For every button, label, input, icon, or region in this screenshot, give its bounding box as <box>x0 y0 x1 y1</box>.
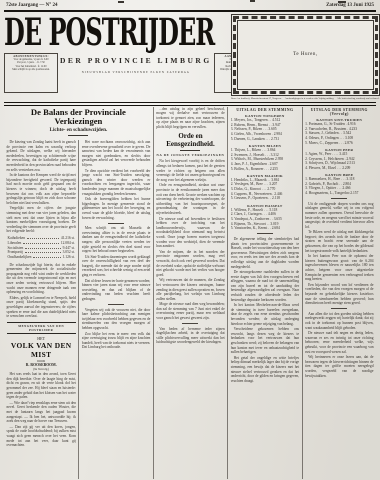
vote-results-table: Katholieken41.216 st. Liberalen12.084 st… <box>8 236 75 260</box>
paragraph: Moge de nieuwe raad dien weg bewandelen;… <box>156 302 224 320</box>
feuilleton-title: VOLK VAN DEN MIST <box>7 341 76 359</box>
paragraph: In het kanton Mechelen-aan-de-Maas werd … <box>231 303 299 326</box>
article-title: Orde en Eensgezindheid. <box>156 132 224 148</box>
section-rule <box>108 223 124 224</box>
result-line: 4. Hoogmartens, L., Tongerloo 2.157 <box>305 191 373 196</box>
result-line: 4. Plessers, M., Eksel . . . 2.209 <box>305 166 373 171</box>
column-4: UITSLAG DER STEMMING KANTON TONGEREN 1. … <box>227 107 301 479</box>
paragraph: — Dan zijt gij ver uit den koers, jongen… <box>7 425 76 448</box>
feuilleton-note: (9e Vervolg.) <box>7 367 76 371</box>
lead-article-subtitle: Lichte- en schaduwzijden. <box>10 127 147 133</box>
bureau-note: Bureel en drukkerij: Maastrichterstraat … <box>231 97 282 100</box>
paragraph: Aan allen die tot den goeden uitslag heb… <box>305 312 373 330</box>
result-line: 5. Geusens, P., Opoeteren . . 2.118 <box>231 196 299 201</box>
section-rule <box>182 323 198 324</box>
issue-line: 72ste Jaargang — N° 24 Zaterdag 13 Juni … <box>4 2 376 8</box>
paragraph: In het kanton Peer was de opkomst der ki… <box>305 254 373 282</box>
paragraph: Vergeten wij ook de vrouwen niet, die do… <box>82 308 150 331</box>
paragraph: Te Bilzen werd de uitslag met klokkengel… <box>305 230 373 253</box>
ad-frame: Te Huren, <box>231 14 380 96</box>
section-rule <box>331 198 347 199</box>
paragraph: Te dien opzichte verdient het voorbeeld … <box>82 169 150 197</box>
issue-date: Zaterdag 13 Juni 1925 <box>326 3 374 8</box>
section-rule <box>331 308 347 309</box>
paragraph: De nieuwe raad telt negen en dertig lede… <box>305 331 373 354</box>
result-line: 5. Moers, C., Zepperen . . . 2.876 <box>305 141 373 146</box>
issue-number: 72ste Jaargang — N° 24 <box>6 3 57 8</box>
paragraph: Het getal der ongeldige en witte briefje… <box>231 356 299 384</box>
bureau-notes: Bureel en drukkerij: Maastrichterstraat … <box>231 97 380 100</box>
masthead-left: DE POSTRIJDER ABONNEMENTSPRIJS: Voor de … <box>4 14 228 100</box>
paragraph: Een bijzonder woord van lof verdienen de… <box>305 283 373 306</box>
paragraph: Dat al deze lessen ter harte genomen wor… <box>82 279 150 302</box>
paragraph: — Wie daar? riep eensklaps eene stem uit… <box>7 401 76 424</box>
paragraph: Orde en eensgezindheid, ziedaar wat onze… <box>156 183 224 215</box>
paragraph: Van de mijnen, die in het noorden der pr… <box>156 250 224 278</box>
table-row: Onafhankelijken1.126 st. <box>8 255 75 260</box>
paragraph: De nieuwe raad zal bovendien te beslisse… <box>156 217 224 249</box>
paper-tagline: NIEUWSBLAD VERSCHIJNENDE ELKEN ZATERDAG <box>60 70 212 74</box>
paragraph: Uit Sint-Truiden daarentegen wordt gekla… <box>82 255 150 278</box>
paper-title: DE POSTRIJDER <box>4 14 228 51</box>
lead-article-title: De Balans der Provinciale Verkiezingen <box>10 108 147 126</box>
header-divider <box>4 102 376 106</box>
scan-artifact <box>338 1 346 3</box>
article-columns: De Balans der Provinciale Verkiezingen L… <box>4 107 376 479</box>
dotted-leader <box>33 257 60 258</box>
masthead-right: Te Huren, Bureel en drukkerij: Maastrich… <box>231 14 380 100</box>
dotted-leader <box>25 248 60 249</box>
vote-count: 1.126 st. <box>63 255 75 260</box>
paragraph: De nieuwgekozene raadsleden zullen in de… <box>231 270 299 302</box>
subscription-line: Men schrijft in op alle postbureelen. <box>6 68 56 71</box>
paragraph: De algemeene telling der stembriefjes ha… <box>231 237 299 269</box>
masthead-subrow: ABONNEMENTSPRIJS: Voor de gemeente, 's j… <box>4 53 228 93</box>
feuilleton: MENGELWERK VAN DEN POSTRIJDER HET VOLK V… <box>7 322 76 448</box>
paragraph: Uit de omliggende dorpen worden ons nog … <box>305 202 373 230</box>
bureau-note: Aankondigingen in te zenden vóór Vrijdag… <box>285 97 334 100</box>
scan-artifact <box>250 0 255 2</box>
result-line: 5. Vanstraelen, K., Kermt . . 2.684 <box>231 226 299 231</box>
paragraph: De kiezing van Zondag laatst heeft in ga… <box>7 140 76 172</box>
paragraph: Nu het kiesgewoel voorbij is en de drift… <box>156 159 224 182</box>
result-line: 5. Bollen, A., Rosmeer . . . 2.255 <box>231 167 299 172</box>
subscription-box: ABONNEMENTSPRIJS: Voor de gemeente, 's j… <box>4 53 58 93</box>
paragraph: Verscheidene gekozenen hebben ons verzoc… <box>231 327 299 355</box>
paragraph: Wij vertrouwen dat de mannen, die Zondag… <box>156 278 224 301</box>
column-5: UITSLAG DER STEMMING (Vervolg) KANTON SI… <box>302 107 376 479</box>
paragraph: Van heden af herneme ieder zijnen dageli… <box>156 327 224 345</box>
paragraph: Het ware nochtans onvoorzichtig, zich aa… <box>82 140 150 168</box>
party-name: Onafhankelijken <box>8 255 32 260</box>
paper-subtitle: DER PROVINCIE LIMBURG <box>60 56 212 65</box>
ornament-rule <box>180 150 200 151</box>
paragraph: Men schrijft ons uit Maaseik: de overwin… <box>82 226 150 254</box>
column-3: ...den uitslag in zijn geheel beschouwd,… <box>153 107 227 479</box>
paragraph: Het was reeds laat in den avond, toen Ge… <box>7 372 76 400</box>
dotted-leader <box>25 252 61 253</box>
paragraph: Elders, gelijk te Lommel en te Neerpelt,… <box>7 296 76 319</box>
lead-article-header: De Balans der Provinciale Verkiezingen L… <box>4 107 153 141</box>
newspaper-page: 72ste Jaargang — N° 24 Zaterdag 13 Juni … <box>0 0 380 480</box>
paragraph: Zoo blijke het eens te meer: een volk da… <box>82 332 150 350</box>
column-2: Het ware nochtans onvoorzichtig, zich aa… <box>78 140 152 478</box>
dotted-leader <box>23 243 59 244</box>
article-kicker: NA DE JONGSTE VERKIEZINGEN <box>156 153 224 157</box>
masthead: DE POSTRIJDER ABONNEMENTSPRIJS: Voor de … <box>4 14 376 100</box>
paragraph: De schaduwzijde ligt hierin, dat in enke… <box>7 263 76 295</box>
results-header: UITSLAG DER STEMMING <box>231 108 299 112</box>
section-rule <box>108 304 124 305</box>
paragraph: In de kantons der Kempen werd de strijd … <box>7 173 76 205</box>
result-line: 5. Daenen, G., Lanaken . . . 2.731 <box>231 137 299 142</box>
paragraph: Vergelijkt men de cijfers der jongste st… <box>7 206 76 234</box>
ad-frame-ornament-border: Te Huren, <box>233 16 378 94</box>
paragraph: Wij herinneren er onze lezers aan, dat d… <box>305 355 373 378</box>
masthead-center: DER PROVINCIE LIMBURG NIEUWSBLAD VERSCHI… <box>60 53 212 93</box>
section-rule <box>257 233 273 234</box>
ornament-rule <box>68 135 88 136</box>
ad-frame-inner: Te Huren, <box>237 20 374 90</box>
dotted-leader <box>27 238 59 239</box>
bureau-note: Alle briefwisseling vrachtvrij aan het b… <box>337 97 380 100</box>
paragraph: Ook de boerengilden hebben het hunne bij… <box>82 197 150 220</box>
ad-frame-text: Te Huren, <box>293 52 317 57</box>
results-header: UITSLAG DER STEMMING (Vervolg) <box>305 108 373 116</box>
column-1: De kiezing van Zondag laatst heeft in ga… <box>4 140 78 478</box>
scan-artifact <box>118 1 124 3</box>
feuilleton-rubric: MENGELWERK VAN DEN POSTRIJDER <box>7 322 76 334</box>
paragraph: ...den uitslag in zijn geheel beschouwd,… <box>156 107 224 130</box>
